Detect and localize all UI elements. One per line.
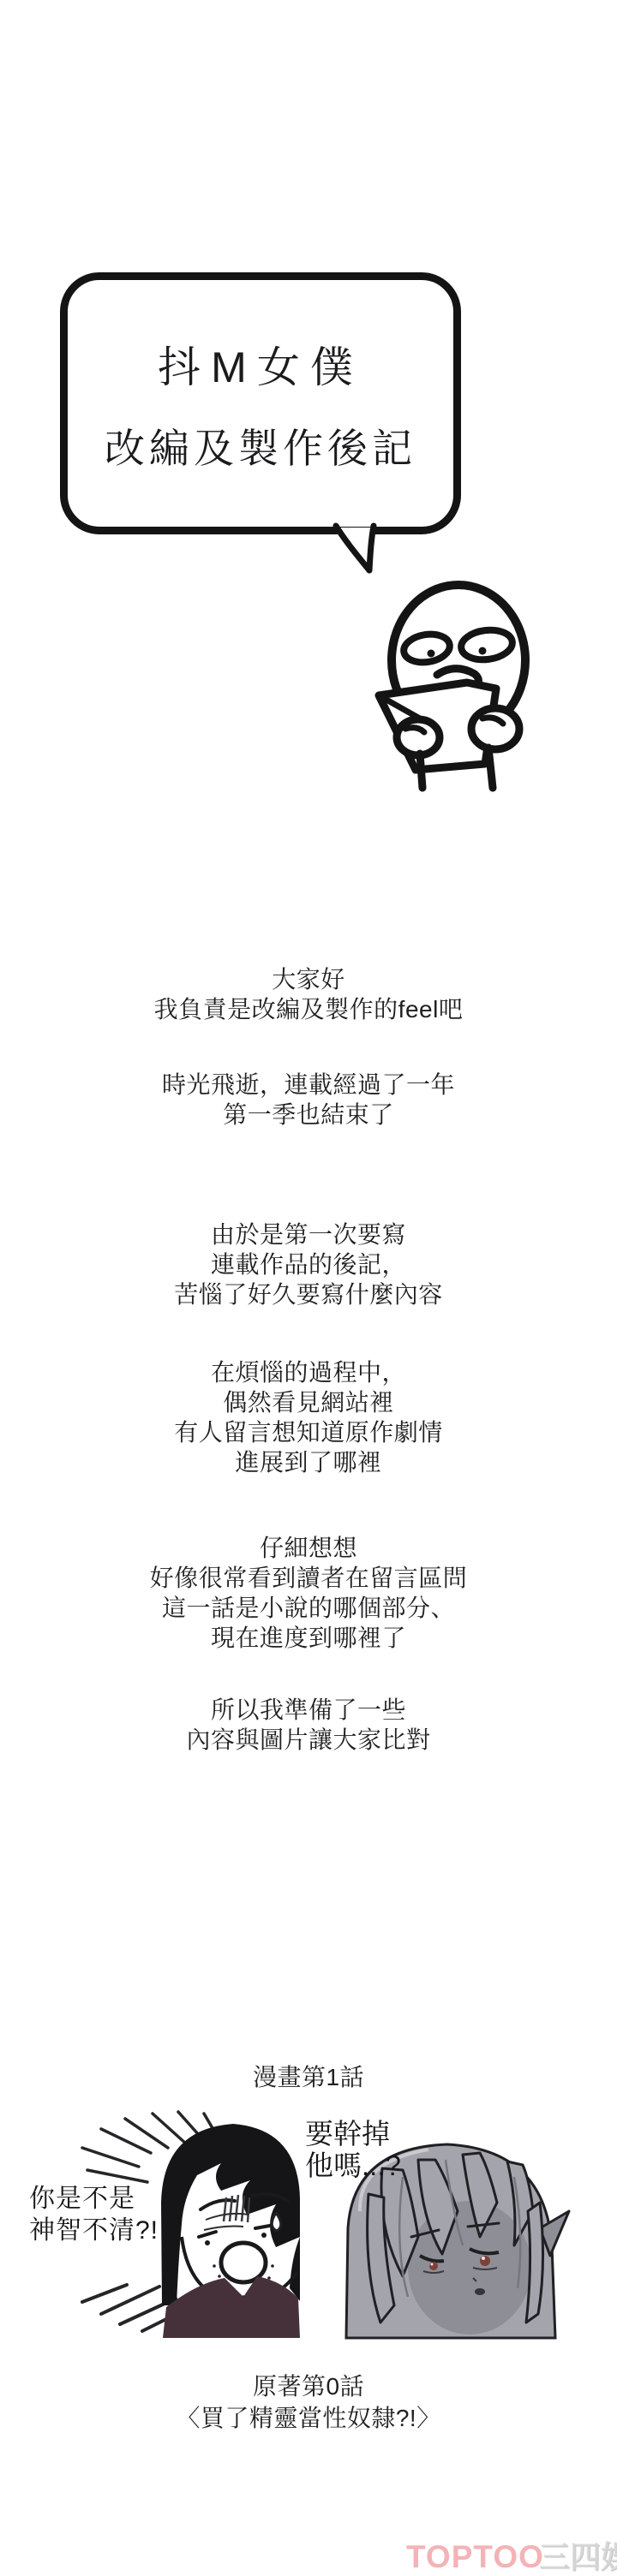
watermark-cjk: 三四娱乐: [539, 2533, 617, 2576]
text-line: 你是不是: [29, 2183, 159, 2215]
text-line: 時光飛逝，連載經過了一年: [0, 1070, 617, 1100]
text-line: 進展到了哪裡: [0, 1447, 617, 1477]
bubble-title-line1: 抖M女僕: [158, 333, 363, 395]
text-line: 有人留言想知道原作劇情: [0, 1417, 617, 1447]
text-line: 他嗎...?: [305, 2150, 401, 2181]
text-line: 所以我準備了一些: [0, 1695, 617, 1725]
comic-title: 漫畫第1話: [0, 2062, 617, 2092]
girl-speech-text: 要幹掉 他嗎...?: [305, 2118, 401, 2181]
watermark: TOPTOO 三四娱乐: [406, 2533, 617, 2576]
text-line: 好像很常看到讀者在留言區問: [0, 1563, 617, 1593]
text-line: 第一季也結束了: [0, 1100, 617, 1130]
bubble-title-line2: 改編及製作後記: [105, 417, 416, 474]
afterword-paragraph: 由於是第一次要寫 連載作品的後記， 苦惱了好久要寫什麼內容: [0, 1219, 617, 1309]
page-root: { "page": {"background": "#ffffff"}, "ti…: [0, 0, 617, 2576]
text-line: 大家好: [0, 964, 617, 994]
text-line: 要幹掉: [305, 2118, 401, 2150]
text-line: 這一話是小說的哪個部分、: [0, 1593, 617, 1623]
text-line: 內容與圖片讓大家比對: [0, 1725, 617, 1755]
text-line: 〈買了精靈當性奴隸?!〉: [0, 2402, 617, 2434]
man-figure: [161, 2124, 300, 2338]
comic-caption: 原著第0話 〈買了精靈當性奴隸?!〉: [0, 2370, 617, 2434]
text-line: 在煩惱的過程中，: [0, 1357, 617, 1387]
afterword-paragraph: 所以我準備了一些 內容與圖片讓大家比對: [0, 1695, 617, 1755]
afterword-paragraph: 在煩惱的過程中， 偶然看見網站裡 有人留言想知道原作劇情 進展到了哪裡: [0, 1357, 617, 1477]
afterword-paragraph: 時光飛逝，連載經過了一年 第一季也結束了: [0, 1070, 617, 1130]
text-line: 苦惱了好久要寫什麼內容: [0, 1279, 617, 1309]
afterword-paragraph: 大家好 我負責是改編及製作的feel吧: [0, 964, 617, 1024]
afterword-paragraph: 仔細想想 好像很常看到讀者在留言區問 這一話是小說的哪個部分、 現在進度到哪裡了: [0, 1533, 617, 1653]
text-line: 仔細想想: [0, 1533, 617, 1563]
text-line: 偶然看見網站裡: [0, 1387, 617, 1417]
text-line: 連載作品的後記，: [0, 1249, 617, 1279]
text-line: 原著第0話: [0, 2370, 617, 2402]
man-shout-text: 你是不是 神智不清?!: [29, 2183, 159, 2246]
bubble-tail: [332, 522, 380, 574]
text-line: 由於是第一次要寫: [0, 1219, 617, 1249]
title-speech-bubble: 抖M女僕 改編及製作後記: [60, 272, 461, 534]
doodle-character-illustration: [338, 569, 570, 792]
text-line: 神智不清?!: [29, 2215, 159, 2246]
watermark-brand: TOPTOO: [406, 2539, 544, 2575]
text-line: 現在進度到哪裡了: [0, 1623, 617, 1653]
text-line: 我負責是改編及製作的feel吧: [0, 994, 617, 1024]
